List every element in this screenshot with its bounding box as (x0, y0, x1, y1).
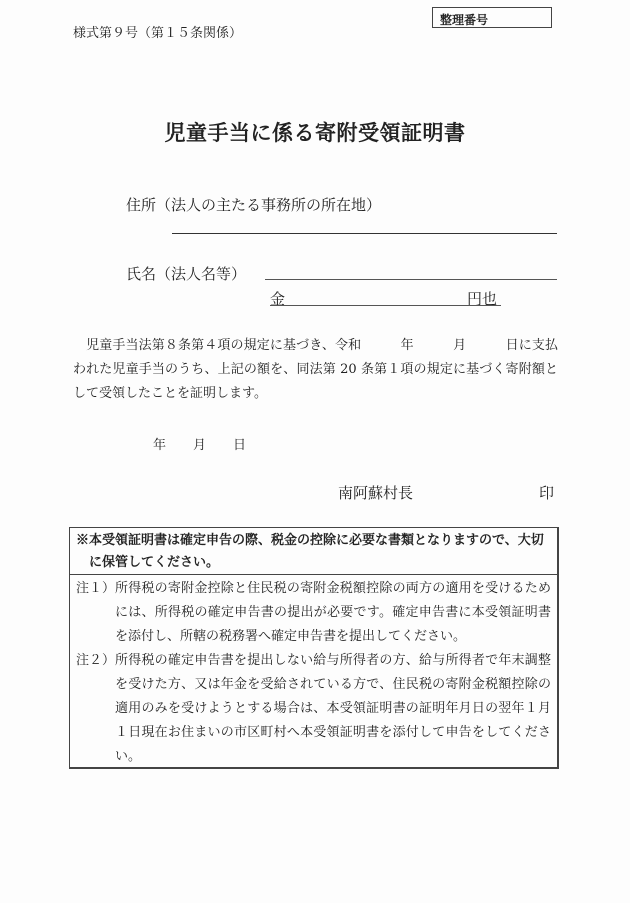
form-number: 様式第９号（第１５条関係） (73, 22, 242, 41)
reference-number-box[interactable]: 整理番号 (432, 7, 552, 28)
name-label: 氏名（法人名等） (126, 263, 246, 284)
address-label: 住所（法人の主たる事務所の所在地） (126, 194, 381, 215)
issuer-name: 南阿蘇村長 (338, 482, 413, 503)
document-title: 児童手当に係る寄附受領証明書 (0, 117, 630, 147)
note-item: 注２） 所得税の確定申告書を提出しない給与所得者の方、給与所得者で年末調整を受け… (70, 649, 557, 769)
note-text: 所得税の寄附金控除と住民税の寄附金税額控除の両方の適用を受けるためには、所得税の… (115, 577, 551, 649)
amount-field[interactable] (270, 305, 501, 306)
name-field[interactable] (265, 279, 557, 280)
note-text: 所得税の確定申告書を提出しない給与所得者の方、給与所得者で年末調整を受けた方、又… (115, 649, 551, 769)
notice-heading: ※本受領証明書は確定申告の際、税金の控除に必要な書類となりますので、大切に保管し… (70, 528, 557, 575)
reference-number-label: 整理番号 (440, 11, 488, 28)
note-number: 注２） (76, 649, 115, 769)
seal-mark: 印 (539, 482, 554, 503)
address-field[interactable] (172, 233, 557, 234)
issue-date-day: 日 (233, 434, 246, 453)
issue-date-year: 年 (153, 434, 166, 453)
note-number: 注１） (76, 577, 115, 649)
issue-date-month: 月 (193, 434, 206, 453)
certification-statement: 児童手当法第８条第４項の規定に基づき、令和 年 月 日に支払われた児童手当のうち… (73, 334, 558, 406)
certification-paragraph: 児童手当法第８条第４項の規定に基づき、令和 年 月 日に支払われた児童手当のうち… (73, 334, 558, 406)
notice-box: ※本受領証明書は確定申告の際、税金の控除に必要な書類となりますので、大切に保管し… (69, 527, 559, 769)
note-item: 注１） 所得税の寄附金控除と住民税の寄附金税額控除の両方の適用を受けるためには、… (70, 577, 557, 649)
